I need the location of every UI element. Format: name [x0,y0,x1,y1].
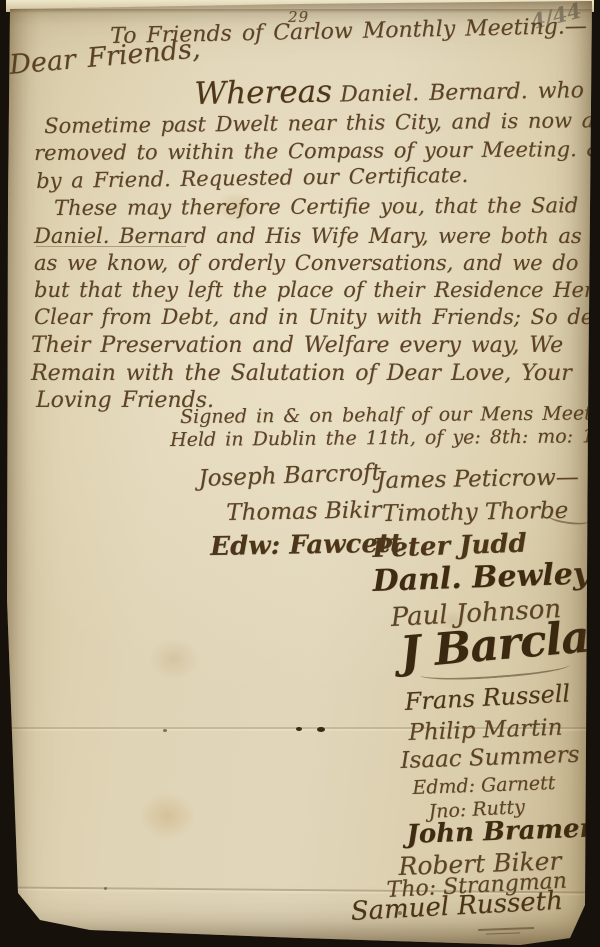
signature: Joseph Barcroft [198,460,381,492]
signature: Edmd: Garnett [412,772,556,799]
body-line: Their Preservation and Welfare every way… [31,333,563,358]
opening-line-rest: Daniel. Bernard. who for [340,77,600,107]
salutation: Dear Friends, [8,33,202,81]
body-line: Remain with the Salutation of Dear Love,… [31,361,572,386]
ink-blot [163,729,167,732]
signature: Thomas Bikir [226,497,382,526]
body-line: These may therefore Certifie you, that t… [54,193,578,220]
signature-flourish [478,921,534,931]
manuscript-scan: 29 4/44 To Friends of Carlow Monthly Mee… [0,0,600,947]
signature-flourish [486,928,520,934]
signature: Timothy Thorbe [382,498,568,527]
body-line: Clear from Debt, and in Unity with Frien… [34,305,600,329]
signature: John Bramery [406,813,600,850]
signature: Philip Martin [408,715,563,746]
body-line: Daniel. Bernard and His Wife Mary, were … [34,224,600,248]
signature: Isaac Summers [400,742,580,774]
body-line-opening: WhereasDaniel. Bernard. who for [194,68,600,112]
body-line: removed to within the Compass of your Me… [34,136,600,165]
paper-stain [138,792,196,840]
closing-line: Signed in & on behalf of our Mens Meetin… [180,402,600,428]
signature: Frans Russell [404,679,571,716]
paper-stain [148,638,200,680]
body-line: but that they left the place of their Re… [34,278,600,302]
signature: Danl. Bewley [372,556,591,599]
body-line: Sometime past Dwelt near this City, and … [44,108,600,138]
signature: James Peticrow— [376,464,579,494]
closing-dateline: Held in Dublin the 11th, of ye: 8th: mo:… [170,425,600,451]
body-line: as we know, of orderly Conversations, an… [34,251,600,275]
opening-word: Whereas [194,74,332,112]
paper-sheet: 29 4/44 To Friends of Carlow Monthly Mee… [0,0,600,947]
signature: Samuel Russeth [350,886,564,927]
ink-blot [296,727,302,731]
body-line: by a Friend. Requested our Certificate. [36,163,468,193]
ink-blot [317,727,325,732]
ink-blot [104,887,107,890]
